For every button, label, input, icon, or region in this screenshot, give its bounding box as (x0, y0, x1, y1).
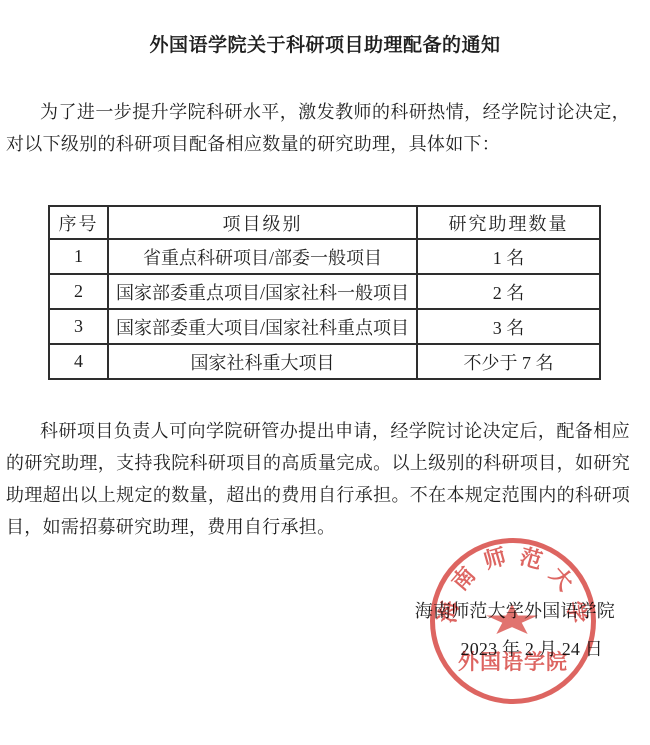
cell-level: 国家社科重大项目 (108, 344, 417, 379)
seal-arc-char: 大 (543, 561, 580, 598)
header-assistant-quantity: 研究助理数量 (417, 206, 600, 239)
cell-serial: 4 (49, 344, 108, 379)
header-serial-number: 序号 (49, 206, 108, 239)
cell-serial: 2 (49, 274, 108, 309)
policy-paragraph: 科研项目负责人可向学院研管办提出申请，经学院讨论决定后，配备相应的研究助理，支持… (6, 415, 630, 543)
cell-qty: 3 名 (417, 309, 600, 344)
assistant-allocation-table: 序号 项目级别 研究助理数量 1 省重点科研项目/部委一般项目 1 名 2 国家… (48, 205, 601, 380)
cell-level: 国家部委重大项目/国家社科重点项目 (108, 309, 417, 344)
cell-serial: 1 (49, 239, 108, 274)
signature-line: 海南师范大学外国语学院 (415, 597, 615, 623)
intro-paragraph: 为了进一步提升学院科研水平，激发教师的科研热情，经学院讨论决定，对以下级别的科研… (6, 96, 630, 160)
table-row: 2 国家部委重点项目/国家社科一般项目 2 名 (49, 274, 600, 309)
seal-arc-char: 范 (515, 543, 547, 575)
table-row: 3 国家部委重大项目/国家社科重点项目 3 名 (49, 309, 600, 344)
page-title: 外国语学院关于科研项目助理配备的通知 (0, 30, 650, 57)
cell-qty: 2 名 (417, 274, 600, 309)
table-row: 4 国家社科重大项目 不少于 7 名 (49, 344, 600, 379)
table-header-row: 序号 项目级别 研究助理数量 (49, 206, 600, 239)
cell-level: 省重点科研项目/部委一般项目 (108, 239, 417, 274)
date-line: 2023 年 2 月 24 日 (461, 635, 604, 661)
seal-arc-char: 师 (479, 543, 511, 575)
header-project-level: 项目级别 (108, 206, 417, 239)
cell-serial: 3 (49, 309, 108, 344)
seal-arc-char: 南 (446, 561, 483, 598)
cell-level: 国家部委重点项目/国家社科一般项目 (108, 274, 417, 309)
notice-document: 外国语学院关于科研项目助理配备的通知 为了进一步提升学院科研水平，激发教师的科研… (0, 0, 650, 745)
cell-qty: 不少于 7 名 (417, 344, 600, 379)
cell-qty: 1 名 (417, 239, 600, 274)
table-row: 1 省重点科研项目/部委一般项目 1 名 (49, 239, 600, 274)
